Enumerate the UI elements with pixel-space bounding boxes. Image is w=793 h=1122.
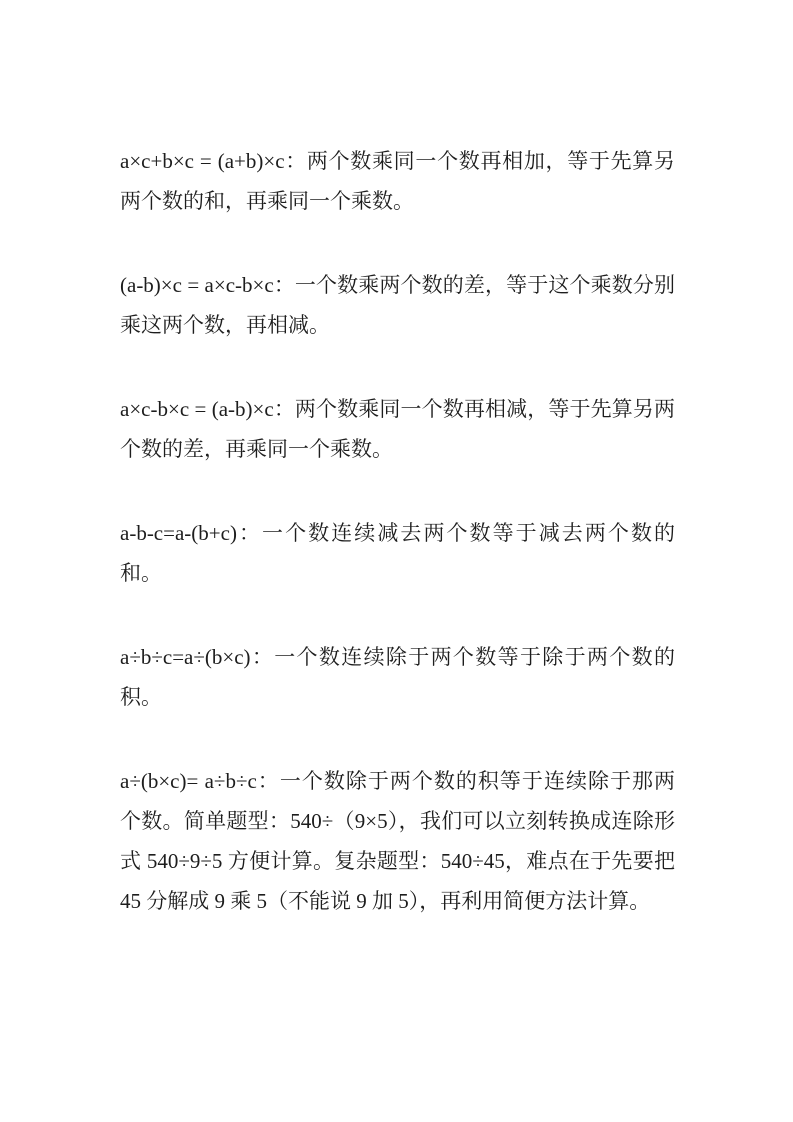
paragraph-multiply-distribute-subtract: a×c-b×c = (a-b)×c：两个数乘同一个数再相减，等于先算另两个数的差… <box>120 389 675 469</box>
paragraph-multiply-distribute-add: a×c+b×c = (a+b)×c：两个数乘同一个数再相加，等于先算另两个数的和… <box>120 141 675 221</box>
paragraph-continuous-subtraction: a-b-c=a-(b+c)：一个数连续减去两个数等于减去两个数的和。 <box>120 513 675 593</box>
document-body: { "page": { "background_color": "#ffffff… <box>0 0 793 1122</box>
paragraph-difference-times-c: (a-b)×c = a×c-b×c：一个数乘两个数的差，等于这个乘数分别乘这两个… <box>120 265 675 345</box>
paragraph-divide-by-product-examples: a÷(b×c)= a÷b÷c：一个数除于两个数的积等于连续除于那两个数。简单题型… <box>120 761 675 921</box>
document-page: a×c+b×c = (a+b)×c：两个数乘同一个数再相加，等于先算另两个数的和… <box>0 0 793 1122</box>
paragraph-continuous-division: a÷b÷c=a÷(b×c)：一个数连续除于两个数等于除于两个数的积。 <box>120 637 675 717</box>
